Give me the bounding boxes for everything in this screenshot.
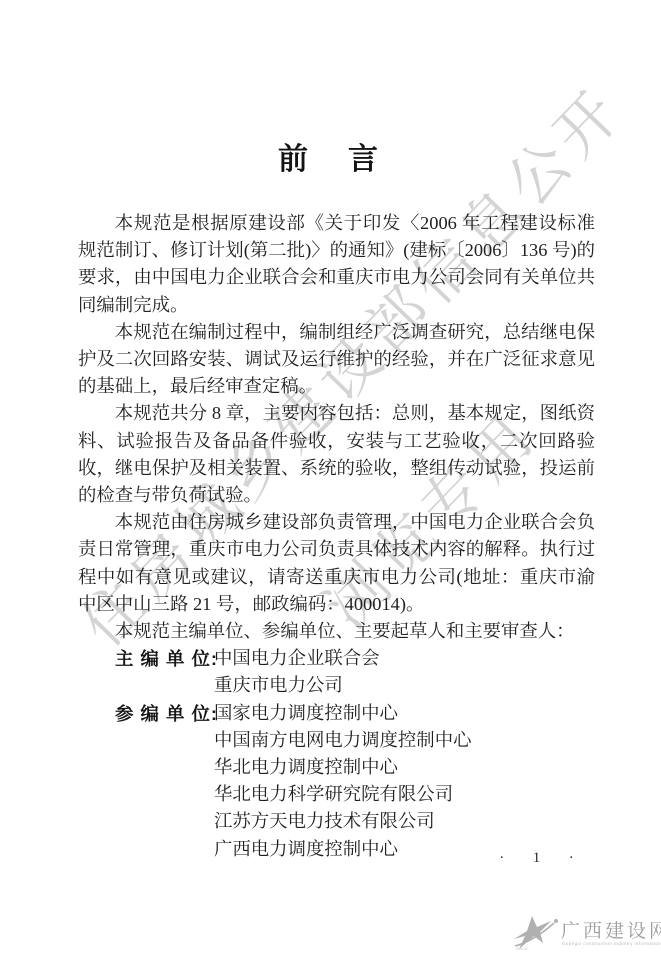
participating-editor-row: 参 编 单 位: 国家电力调度控制中心 中国南方电网电力调度控制中心 华北电力调… (115, 700, 595, 863)
list-item: 华北电力科学研究院有限公司 (214, 781, 595, 808)
paragraph-basis: 本规范是根据原建设部《关于印发〈2006 年工程建设标准规范制订、修订计划(第二… (78, 210, 595, 319)
list-item: 重庆市电力公司 (214, 672, 595, 699)
list-item: 华北电力调度控制中心 (214, 754, 595, 781)
page-title: 前 言 (0, 134, 661, 178)
page-number: · 1 · (497, 850, 583, 867)
paragraph-administration: 本规范由住房城乡建设部负责管理，中国电力企业联合会负责日常管理，重庆市电力公司负… (78, 509, 595, 618)
list-item: 江苏方天电力技术有限公司 (214, 808, 595, 835)
logo-dot (554, 919, 558, 923)
chief-editor-units: 中国电力企业联合会 重庆市电力公司 (214, 645, 595, 699)
paragraph-contents: 本规范共分 8 章，主要内容包括：总则，基本规定，图纸资料、试验报告及备品备件验… (78, 400, 595, 509)
logo-star-caption: GXCIC (516, 946, 529, 951)
list-item: 中国南方电网电力调度控制中心 (214, 727, 595, 754)
chief-editor-label: 主 编 单 位: (115, 645, 214, 699)
site-logo: 广西建设网 Guangxi construction industry info… (512, 902, 661, 956)
preface-body: 本规范是根据原建设部《关于印发〈2006 年工程建设标准规范制订、修订计划(第二… (78, 210, 595, 863)
logo-caption: Guangxi construction industry informatio… (562, 941, 661, 946)
participating-editor-label: 参 编 单 位: (115, 700, 214, 863)
chief-editor-row: 主 编 单 位: 中国电力企业联合会 重庆市电力公司 (115, 645, 595, 699)
list-item: 国家电力调度控制中心 (214, 700, 595, 727)
logo-site-name: 广西建设网 (561, 916, 661, 943)
list-item: 中国电力企业联合会 (214, 645, 595, 672)
paragraph-drafting-process: 本规范在编制过程中，编制组经广泛调查研究，总结继电保护及二次回路安装、调试及运行… (78, 319, 595, 401)
paragraph-editors-intro: 本规范主编单位、参编单位、主要起草人和主要审查人： (78, 618, 595, 645)
document-page: 住房城乡建设部信息公开 浏览专用 前 言 本规范是根据原建设部《关于印发〈200… (0, 0, 661, 958)
participating-editor-units: 国家电力调度控制中心 中国南方电网电力调度控制中心 华北电力调度控制中心 华北电… (214, 700, 595, 863)
